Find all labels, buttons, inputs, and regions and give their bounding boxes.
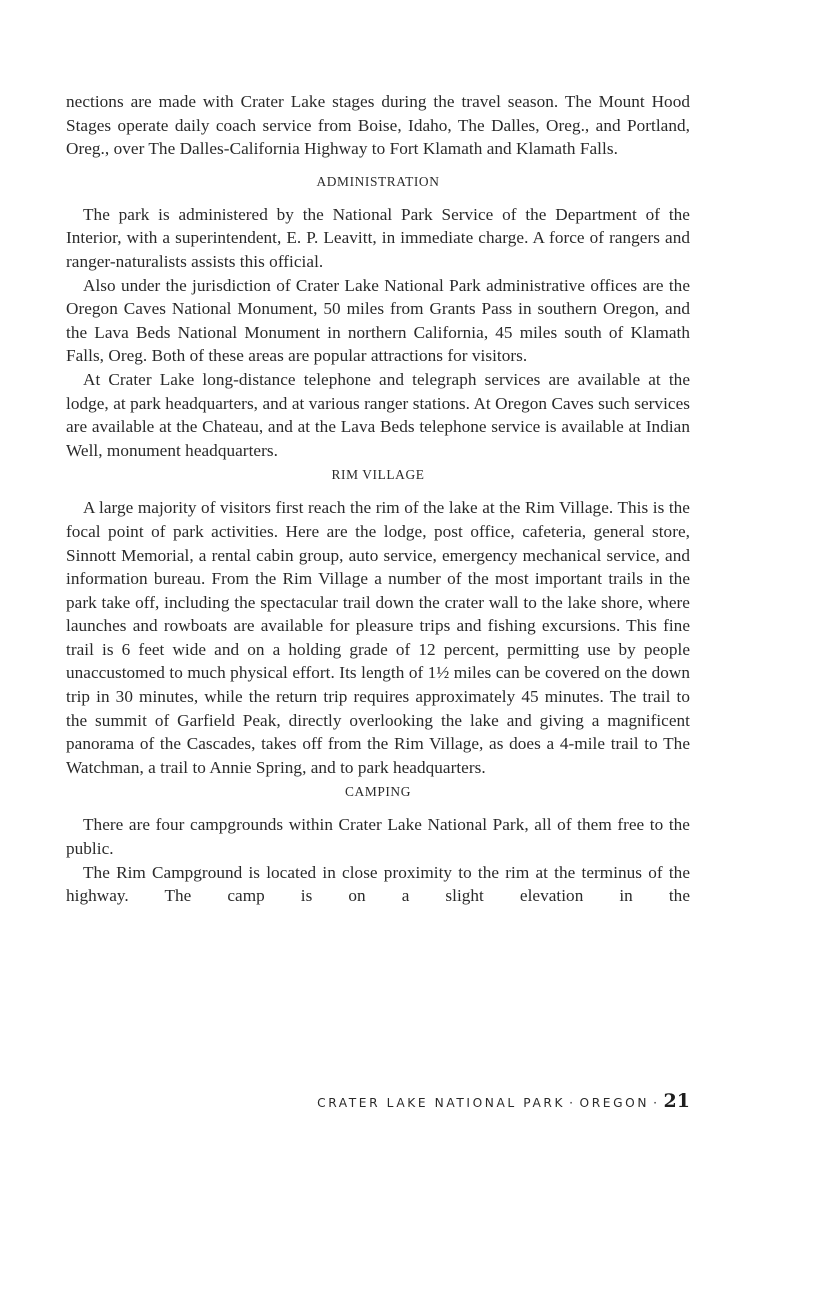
paragraph-administration-1: The park is administered by the National…: [66, 203, 690, 274]
paragraph-continuation: nections are made with Crater Lake stage…: [66, 90, 690, 161]
section-heading-administration: ADMINISTRATION: [66, 172, 690, 192]
paragraph-administration-3: At Crater Lake long-distance telephone a…: [66, 368, 690, 462]
footer-state: OREGON: [580, 1096, 650, 1110]
footer-separator: ·: [569, 1096, 575, 1110]
section-heading-rim-village: RIM VILLAGE: [66, 465, 690, 485]
page-body: nections are made with Crater Lake stage…: [66, 90, 690, 908]
page-footer: CRATER LAKE NATIONAL PARK·OREGON·21: [317, 1090, 690, 1112]
paragraph-administration-2: Also under the jurisdiction of Crater La…: [66, 274, 690, 368]
paragraph-rim-village-1: A large majority of visitors first reach…: [66, 496, 690, 779]
running-title: CRATER LAKE NATIONAL PARK: [317, 1096, 565, 1110]
page-number: 21: [664, 1090, 690, 1112]
section-heading-camping: CAMPING: [66, 782, 690, 802]
footer-separator: ·: [653, 1096, 659, 1110]
paragraph-camping-1: There are four campgrounds within Crater…: [66, 813, 690, 860]
paragraph-camping-2: The Rim Campground is located in close p…: [66, 861, 690, 908]
